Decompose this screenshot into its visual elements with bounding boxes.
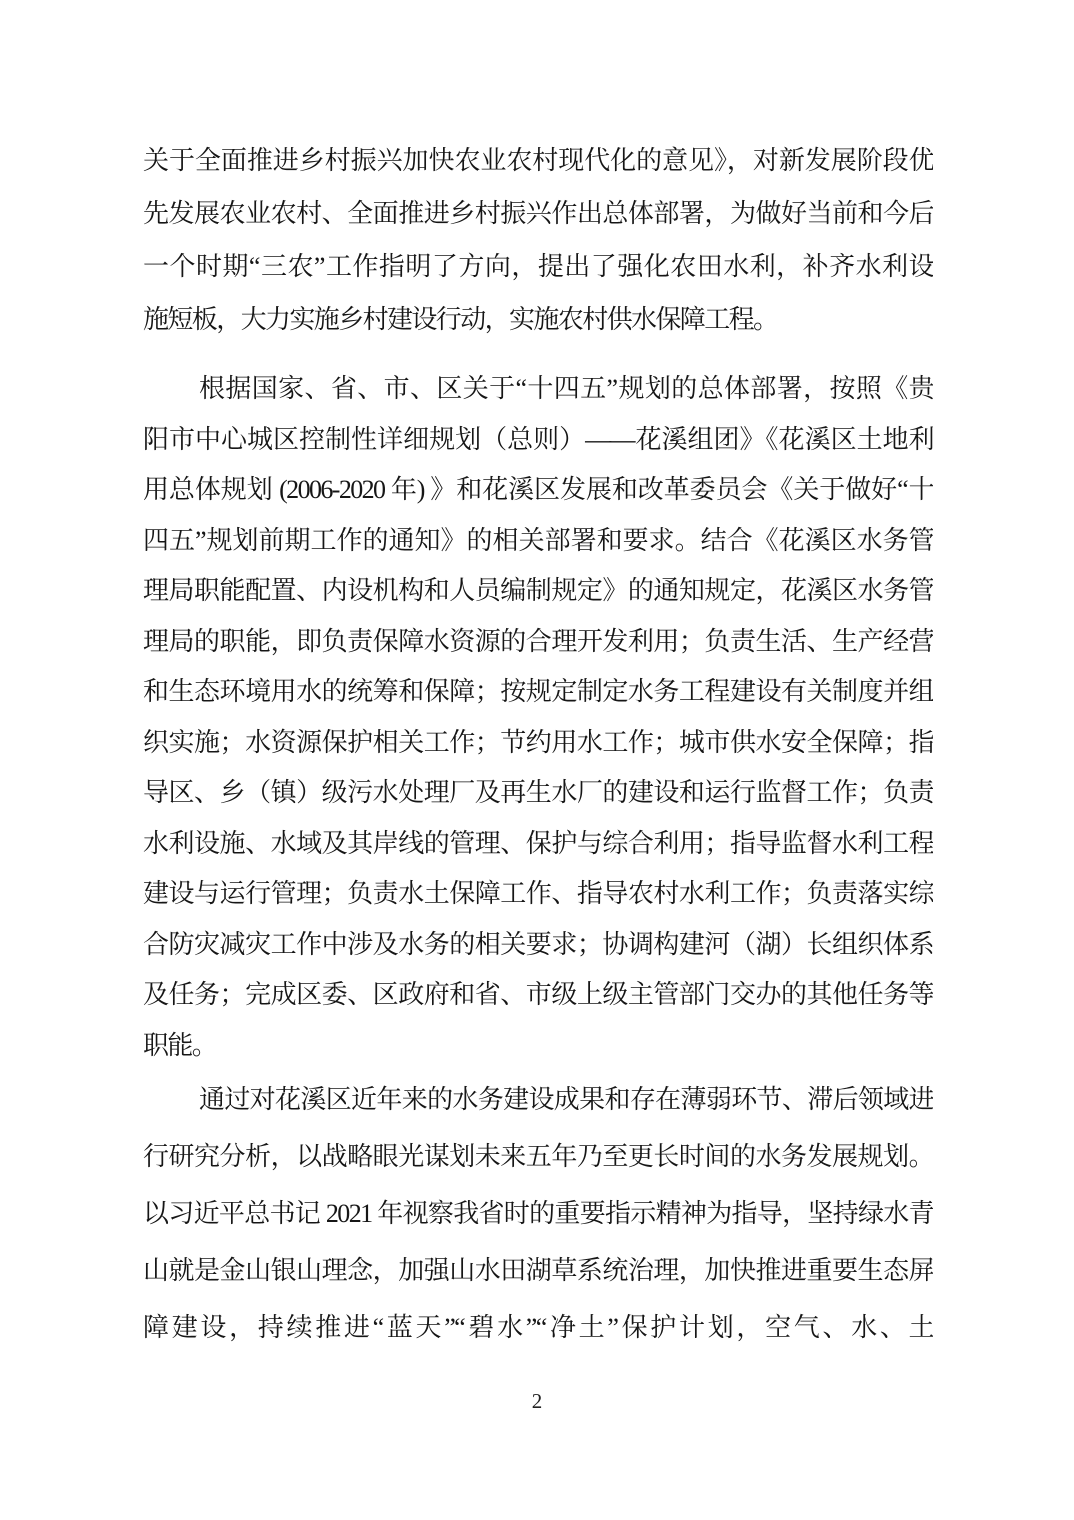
text-line: 用总体规划 (2006-2020 年) 》和花溪区发展和改革委员会《关于做好“十 <box>143 465 933 516</box>
text-line: 根据国家、省、市、区关于“十四五”规划的总体部署，按照《贵 <box>143 364 933 415</box>
text-line: 理局的职能，即负责保障水资源的合理开发利用；负责生活、生产经营 <box>143 617 933 668</box>
page-footer: 2 <box>0 1389 1074 1413</box>
document-page: 关于全面推进乡村振兴加快农业农村现代化的意见》，对新发展阶段优先发展农业农村、全… <box>0 0 1074 1520</box>
text-line: 山就是金山银山理念，加强山水田湖草系统治理，加快推进重要生态屏 <box>143 1242 933 1299</box>
text-line: 阳市中心城区控制性详细规划（总则）——花溪组团》《花溪区土地利 <box>143 415 933 466</box>
text-line: 通过对花溪区近年来的水务建设成果和存在薄弱环节、滞后领域进 <box>143 1071 933 1128</box>
text-line: 职能。 <box>143 1021 933 1072</box>
page-number: 2 <box>532 1389 543 1413</box>
text-line: 织实施；水资源保护相关工作；节约用水工作；城市供水安全保障；指 <box>143 718 933 769</box>
text-line: 及任务；完成区委、区政府和省、市级上级主管部门交办的其他任务等 <box>143 970 933 1021</box>
text-line: 关于全面推进乡村振兴加快农业农村现代化的意见》，对新发展阶段优 <box>143 134 933 187</box>
text-line: 水利设施、水域及其岸线的管理、保护与综合利用；指导监督水利工程 <box>143 819 933 870</box>
text-line: 四五”规划前期工作的通知》的相关部署和要求。结合《花溪区水务管 <box>143 516 933 567</box>
text-line: 以习近平总书记 2021 年视察我省时的重要指示精神为指导，坚持绿水青 <box>143 1185 933 1242</box>
text-line: 先发展农业农村、全面推进乡村振兴作出总体部署，为做好当前和今后 <box>143 187 933 240</box>
document-body: 关于全面推进乡村振兴加快农业农村现代化的意见》，对新发展阶段优先发展农业农村、全… <box>143 134 933 1356</box>
text-line: 障建设，持续推进“蓝天”“碧水”“净土”保护计划，空气、水、土 <box>143 1299 933 1356</box>
text-line: 行研究分析，以战略眼光谋划未来五年乃至更长时间的水务发展规划。 <box>143 1128 933 1185</box>
text-line: 施短板，大力实施乡村建设行动，实施农村供水保障工程。 <box>143 293 933 346</box>
text-line: 一个时期“三农”工作指明了方向，提出了强化农田水利，补齐水利设 <box>143 240 933 293</box>
text-line: 建设与运行管理；负责水土保障工作、指导农村水利工作；负责落实综 <box>143 869 933 920</box>
paragraph-2: 根据国家、省、市、区关于“十四五”规划的总体部署，按照《贵阳市中心城区控制性详细… <box>143 364 933 1071</box>
paragraph-3: 通过对花溪区近年来的水务建设成果和存在薄弱环节、滞后领域进行研究分析，以战略眼光… <box>143 1071 933 1356</box>
paragraph-1: 关于全面推进乡村振兴加快农业农村现代化的意见》，对新发展阶段优先发展农业农村、全… <box>143 134 933 346</box>
text-line: 导区、乡（镇）级污水处理厂及再生水厂的建设和运行监督工作；负责 <box>143 768 933 819</box>
text-line: 理局职能配置、内设机构和人员编制规定》的通知规定，花溪区水务管 <box>143 566 933 617</box>
text-line: 和生态环境用水的统筹和保障；按规定制定水务工程建设有关制度并组 <box>143 667 933 718</box>
text-line: 合防灾减灾工作中涉及水务的相关要求；协调构建河（湖）长组织体系 <box>143 920 933 971</box>
